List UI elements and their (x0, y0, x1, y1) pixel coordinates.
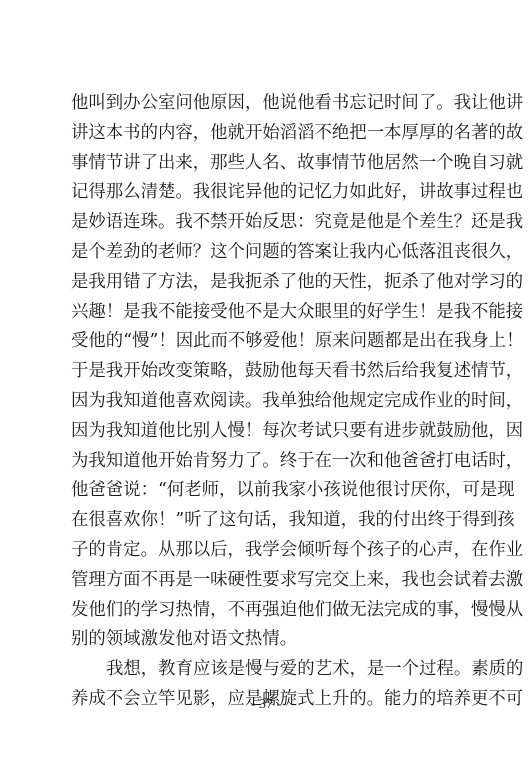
body-text: 他叫到办公室问他原因，他说他看书忘记时间了。我让他讲 讲这本书的内容，他就开始滔… (71, 89, 463, 715)
text-line: 讲这本书的内容，他就开始滔滔不绝把一本厚厚的名著的故 (71, 119, 463, 149)
text-line: 为我知道他开始肯努力了。终于在一次和他爸爸打电话时， (71, 447, 463, 477)
text-line: 事情节讲了出来，那些人名、故事情节他居然一个晚自习就 (71, 149, 463, 179)
text-line: 因为我知道他喜欢阅读。我单独给他规定完成作业的时间， (71, 387, 463, 417)
text-line: 发他们的学习热情，不再强迫他们做无法完成的事，慢慢从 (71, 596, 463, 626)
page-number: - 37 - (0, 697, 532, 713)
text-line: 他叫到办公室问他原因，他说他看书忘记时间了。我让他讲 (71, 89, 463, 119)
text-line: 是妙语连珠。我不禁开始反思：究竟是他是个差生？还是我 (71, 208, 463, 238)
text-line: 别的领域激发他对语文热情。 (71, 625, 463, 655)
text-line: 他爸爸说：“何老师，以前我家小孩说他很讨厌你，可是现 (71, 476, 463, 506)
document-page: 他叫到办公室问他原因，他说他看书忘记时间了。我让他讲 讲这本书的内容，他就开始滔… (0, 0, 532, 768)
text-line: 我想，教育应该是慢与爱的艺术，是一个过程。素质的 (71, 655, 463, 685)
text-line: 在很喜欢你！”听了这句话，我知道，我的付出终于得到孩 (71, 506, 463, 536)
text-line: 兴趣！是我不能接受他不是大众眼里的好学生！是我不能接 (71, 298, 463, 328)
text-line: 因为我知道他比别人慢！每次考试只要有进步就鼓励他，因 (71, 417, 463, 447)
text-line: 是个差劲的老师？这个问题的答案让我内心低落沮丧很久， (71, 238, 463, 268)
text-line: 管理方面不再是一味硬性要求写完交上来，我也会试着去激 (71, 566, 463, 596)
text-line: 子的肯定。从那以后，我学会倾听每个孩子的心声，在作业 (71, 536, 463, 566)
text-line: 受他的“慢”！因此而不够爱他！原来问题都是出在我身上！ (71, 327, 463, 357)
text-line: 是我用错了方法，是我扼杀了他的天性，扼杀了他对学习的 (71, 268, 463, 298)
text-line: 记得那么清楚。我很诧异他的记忆力如此好，讲故事过程也 (71, 178, 463, 208)
text-line: 于是我开始改变策略，鼓励他每天看书然后给我复述情节， (71, 357, 463, 387)
